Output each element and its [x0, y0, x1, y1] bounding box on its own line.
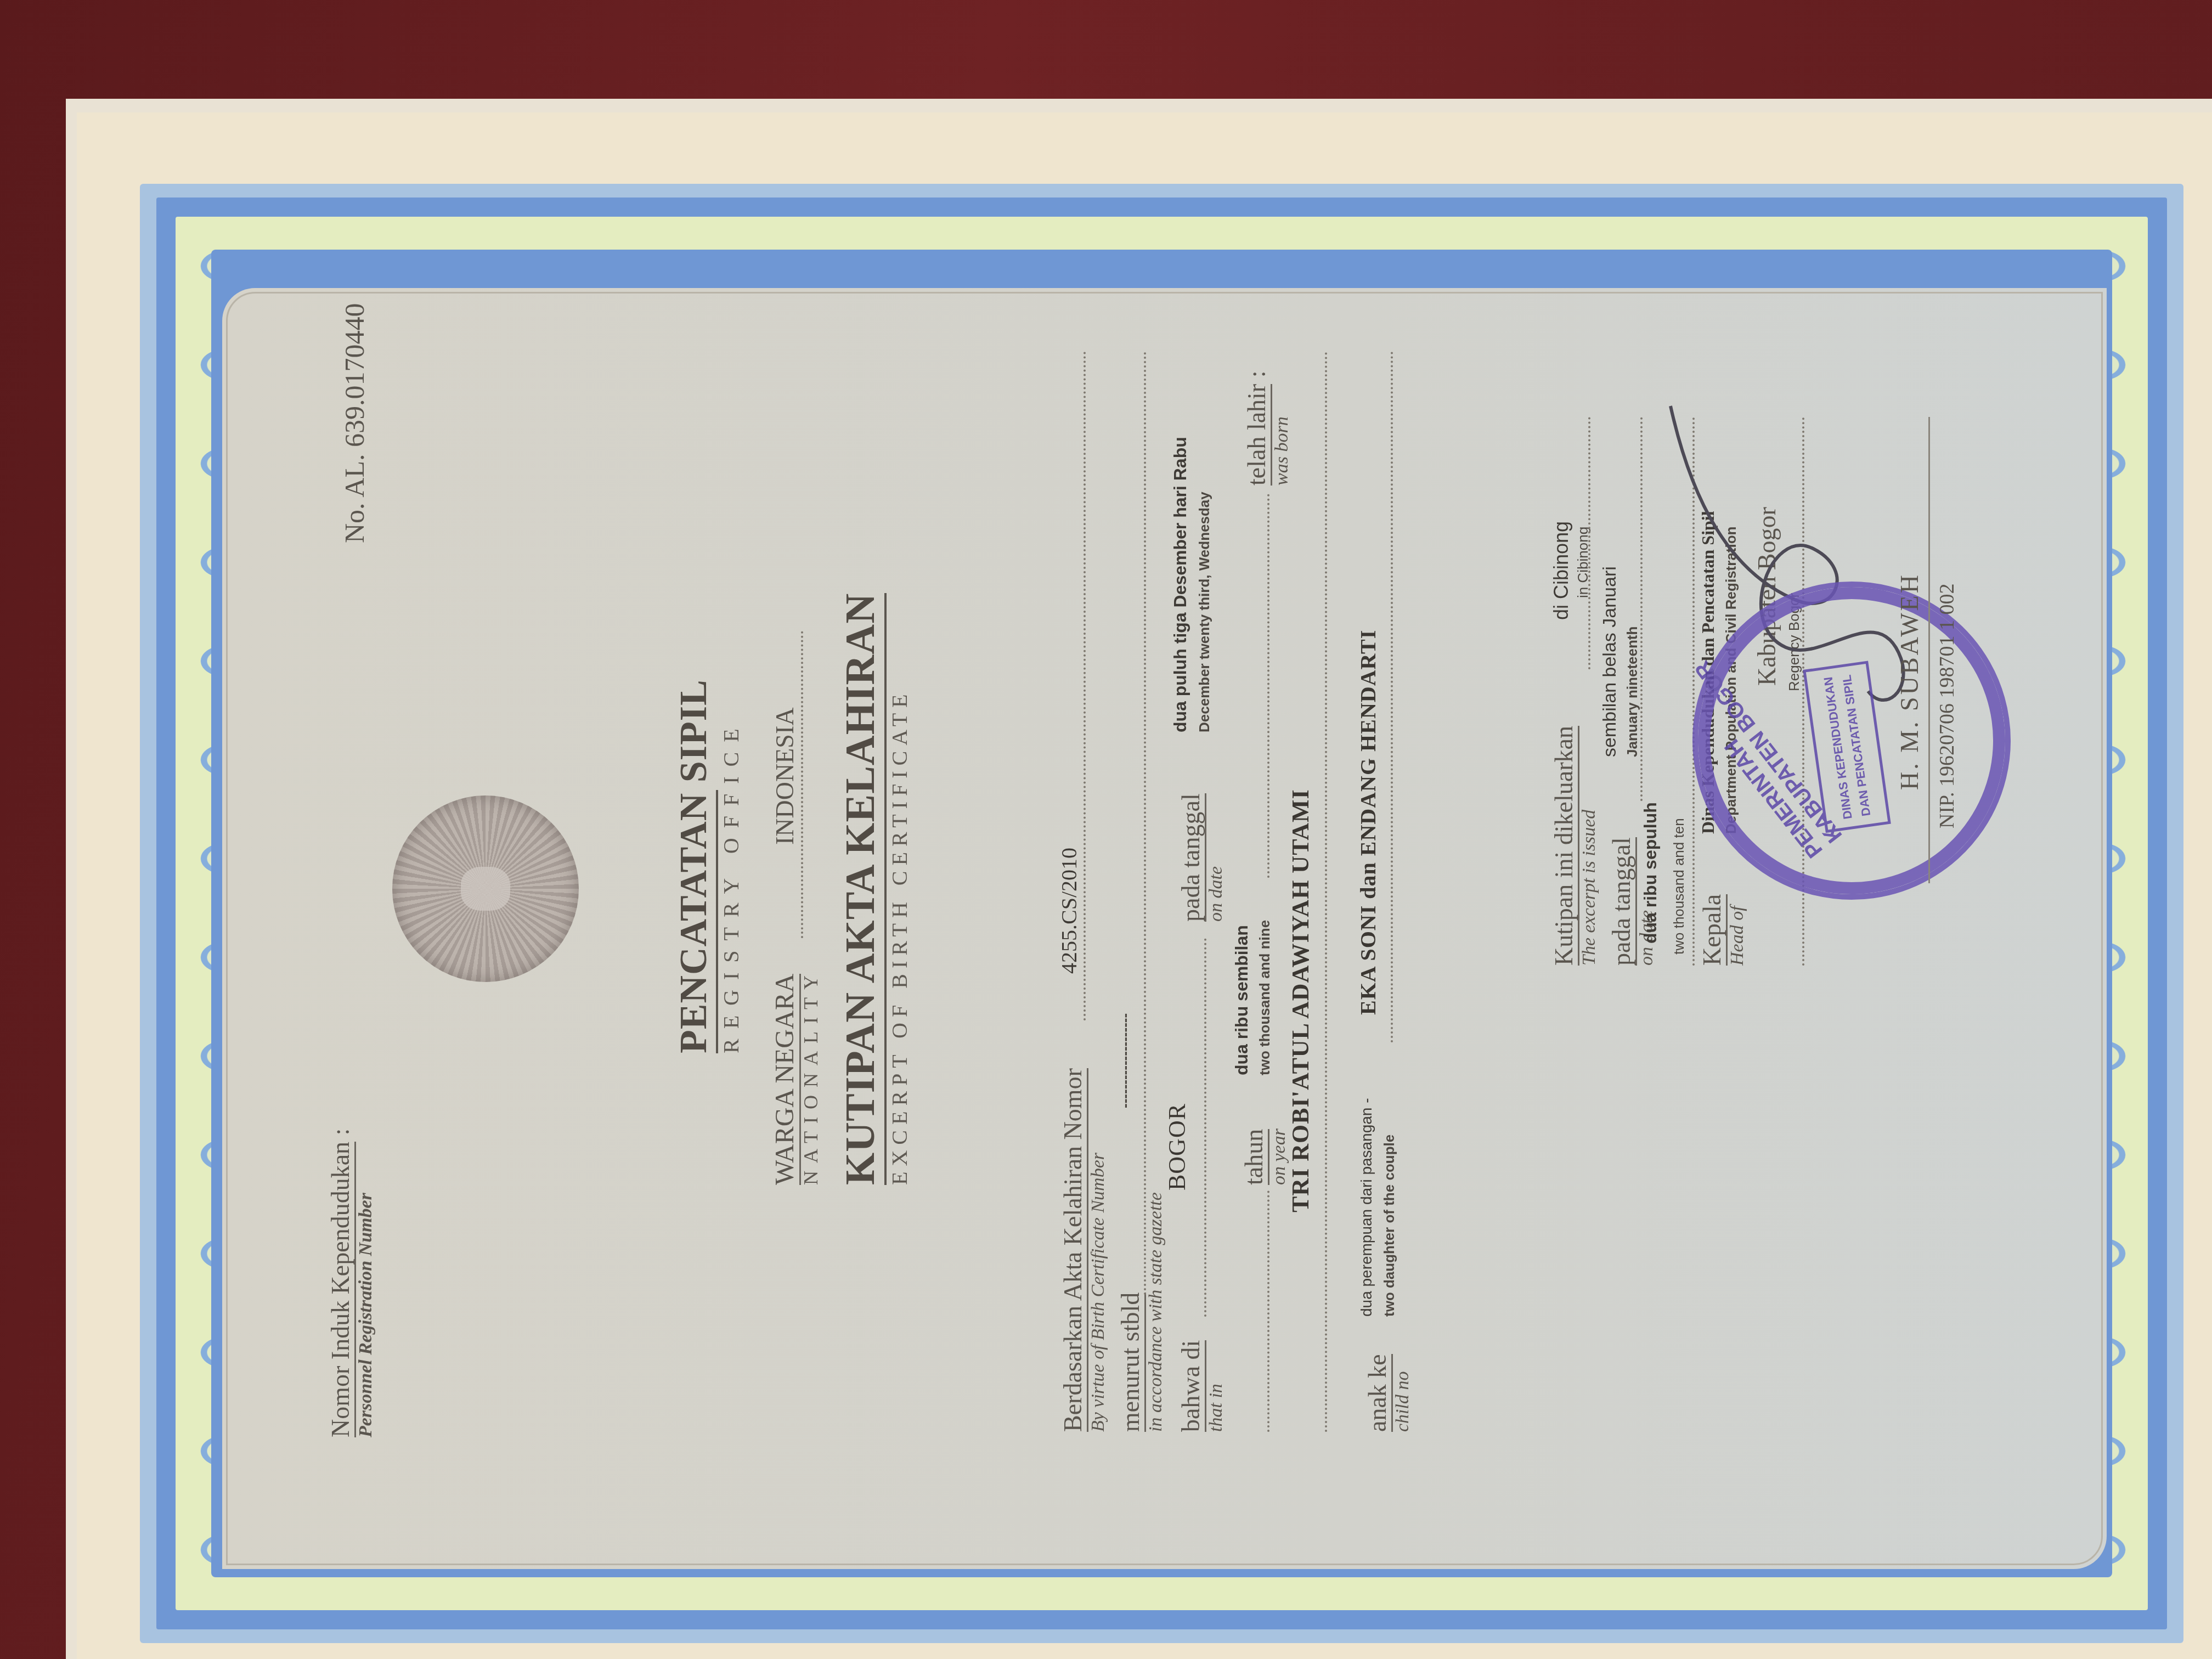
date-field: pada tanggal on date	[1177, 793, 1227, 922]
head-label: Kepala	[1698, 894, 1728, 966]
nationality-label: WARGA NEGARA	[770, 974, 801, 1185]
nationality-value: INDONESIA	[771, 708, 799, 845]
stbld-dotline	[1144, 351, 1146, 1295]
nik-label-en: Personnel Registration Number	[355, 1128, 377, 1437]
garuda-emblem-icon	[392, 795, 579, 982]
child-no-value: dua perempuan dari pasangan -	[1358, 1098, 1375, 1317]
date-label-en: on date	[1205, 793, 1227, 922]
child-no-label-en: child no	[1392, 1354, 1414, 1432]
document-title-en: EXCERPT OF BIRTH CERTIFICATE	[887, 593, 912, 1185]
year-field: tahun on year	[1240, 1128, 1290, 1185]
born-field: telah lahir : was born	[1243, 371, 1293, 486]
place-dotline	[1204, 938, 1206, 1317]
child-no-value-en: two daughter of the couple	[1381, 1135, 1398, 1317]
parents-names: EKA SONI dan ENDANG HENDARTI	[1355, 630, 1381, 1015]
birth-certificate-document: Nomor Induk Kependudukan : Personnel Reg…	[222, 288, 2107, 1569]
head-label-en: Head of	[1726, 894, 1748, 966]
serial-number: No. AL. 639.0170440	[340, 303, 369, 544]
year-value: dua ribu sembilan	[1232, 925, 1252, 1075]
issued-date-label: pada tanggal	[1607, 837, 1637, 966]
office-heading: PENCATATAN SIPIL REGISTRY OFFICE	[672, 790, 744, 1053]
nationality-dotline	[801, 631, 803, 938]
official-name: H. M. SUBAWEH	[1895, 573, 1924, 790]
document-heading: KUTIPAN AKTA KELAHIRAN EXCERPT OF BIRTH …	[837, 593, 912, 1185]
stbld-value: --------------------	[1116, 1013, 1133, 1108]
stbld-label: menurut stbld	[1116, 1293, 1146, 1432]
place-field: bahwa di that in	[1177, 1340, 1227, 1432]
child-name-dotline	[1325, 351, 1327, 1432]
date-value: dua puluh tiga Desember hari Rabu	[1170, 437, 1190, 732]
cert-number-label: Berdasarkan Akta Kelahiran Nomor	[1059, 1068, 1088, 1432]
office-title: PENCATATAN SIPIL	[672, 790, 718, 1053]
stbld-field: menurut stbld in accordance with state g…	[1116, 1192, 1167, 1432]
year-dotline-left	[1267, 1190, 1269, 1432]
office-title-en: REGISTRY OFFICE	[718, 790, 744, 1053]
cert-number-label-en: By virtue of Birth Certificate Number	[1087, 1068, 1109, 1432]
place-label: bahwa di	[1177, 1340, 1206, 1432]
emblem-center	[461, 867, 510, 911]
year-dotline-right	[1267, 494, 1269, 878]
child-no-field: anak ke child no	[1363, 1354, 1414, 1432]
issued-label: Kutipan ini dikeluarkan	[1550, 726, 1579, 966]
head-field: Kepala Head of	[1698, 894, 1748, 966]
date-value-en: December twenty third, Wednesday	[1196, 492, 1213, 732]
year-label: tahun	[1240, 1129, 1269, 1185]
nik-field: Nomor Induk Kependudukan : Personnel Reg…	[326, 1128, 377, 1437]
document-title: KUTIPAN AKTA KELAHIRAN	[837, 593, 887, 1185]
stbld-label-en: in accordance with state gazette	[1145, 1192, 1167, 1432]
cert-number-dotline	[1084, 351, 1086, 1020]
child-no-label: anak ke	[1363, 1354, 1393, 1432]
signature-line	[1928, 417, 1930, 883]
child-name: TRI ROBI'ATUL ADAWIYAH UTAMI	[1286, 789, 1314, 1212]
issued-place-dotline	[1588, 417, 1590, 669]
issued-date-dotline	[1640, 417, 1643, 801]
official-nip: NIP. 19620706 198701 1 002	[1933, 583, 1961, 828]
year-value-en: two thousand and nine	[1256, 920, 1273, 1075]
issued-date-value: sembilan belas Januari	[1599, 566, 1621, 757]
born-label-en: was born	[1271, 371, 1293, 486]
nationality-field: WARGA NEGARA NATIONALITY	[771, 968, 822, 1185]
issued-field: Kutipan ini dikeluarkan The excerpt is i…	[1550, 726, 1600, 966]
issued-date-value-en: January nineteenth	[1624, 627, 1641, 757]
issued-label-en: The excerpt is issued	[1578, 726, 1600, 966]
date-label: pada tanggal	[1177, 793, 1206, 922]
nationality-label-en: NATIONALITY	[799, 968, 822, 1185]
place-label-en: that in	[1205, 1340, 1227, 1432]
place-value: BOGOR	[1163, 1103, 1191, 1190]
issued-place: di Cibinong	[1550, 521, 1573, 620]
nik-label: Nomor Induk Kependudukan	[326, 1142, 356, 1437]
cert-number-value: 4255.CS/2010	[1056, 848, 1082, 974]
parents-dotline	[1391, 351, 1393, 1042]
cert-number-field: Berdasarkan Akta Kelahiran Nomor By virt…	[1059, 1068, 1109, 1432]
born-label: telah lahir	[1243, 384, 1272, 486]
